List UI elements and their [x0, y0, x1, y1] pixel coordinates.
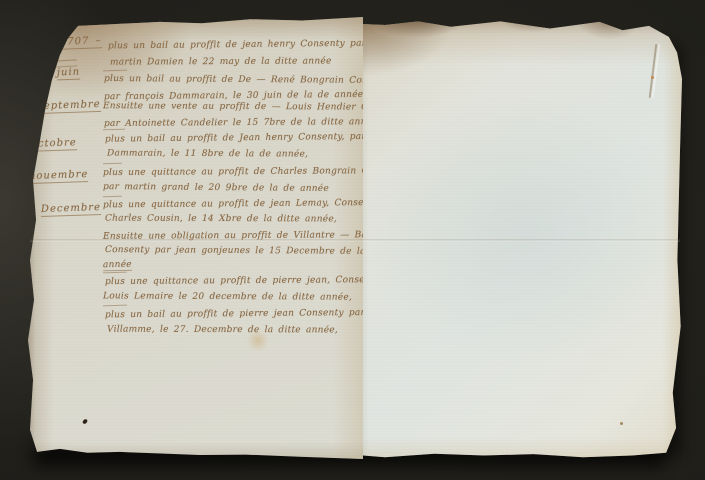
entry-line: martin Damien le 22 may de la ditte anné… [110, 56, 332, 67]
entry-separator [103, 272, 127, 274]
entry-line: par françois Dammarain, le 30 juin de la… [104, 90, 363, 102]
entry-separator [103, 196, 122, 197]
paper-speck [651, 76, 654, 79]
entry-line: plus une quittance au proffit de pierre … [105, 275, 401, 287]
horizontal-fold-crease [30, 239, 680, 242]
entry-separator [103, 163, 122, 164]
paper-speck [620, 422, 623, 425]
entry-line: plus une quittance au proffit de Charles… [103, 166, 406, 178]
entry-line: plus un bail au proffit de De — René Bon… [104, 74, 394, 86]
entry-line: année [103, 260, 132, 271]
entry-line: par Antoinette Candelier le 15 7bre de l… [104, 117, 381, 129]
manuscript-photo: 1707 – juin Septembre octobre nouembre D… [0, 0, 705, 480]
entry-line: Louis Lemaire le 20 decembre de la ditte… [103, 291, 352, 302]
entry-line: par martin grand le 20 9bre de la de ann… [103, 182, 329, 194]
entry-separator [103, 70, 127, 72]
margin-month-novembre: nouembre [29, 170, 89, 184]
margin-month-decembre: Decembre [41, 203, 101, 217]
margin-month-juin: juin [57, 68, 81, 81]
entry-line: Ensuitte une vente au proffit de — Louis… [103, 101, 406, 113]
entry-line: Charles Cousin, le 14 Xbre de la ditte a… [105, 214, 337, 225]
margin-month-septembre: Septembre [36, 100, 101, 114]
entry-line: Consenty par jean gonjeunes le 15 Decemb… [105, 245, 382, 257]
entry-line: plus un bail au proffit de jean henry Co… [108, 39, 366, 52]
ink-speck [82, 418, 88, 424]
left-page: 1707 – juin Septembre octobre nouembre D… [27, 17, 363, 459]
entry-line: Dammarain, le 11 8bre de la de année, [107, 148, 308, 159]
margin-year: 1707 – [60, 36, 102, 49]
entry-separator [103, 305, 127, 307]
entry-line: plus un bail au proffit de pierre jean C… [105, 308, 396, 321]
margin-month-octobre: octobre [31, 138, 77, 152]
entry-line: Villamme, le 27. Decembre de la ditte an… [107, 325, 338, 336]
entry-separator [103, 129, 125, 131]
right-page [352, 17, 682, 459]
